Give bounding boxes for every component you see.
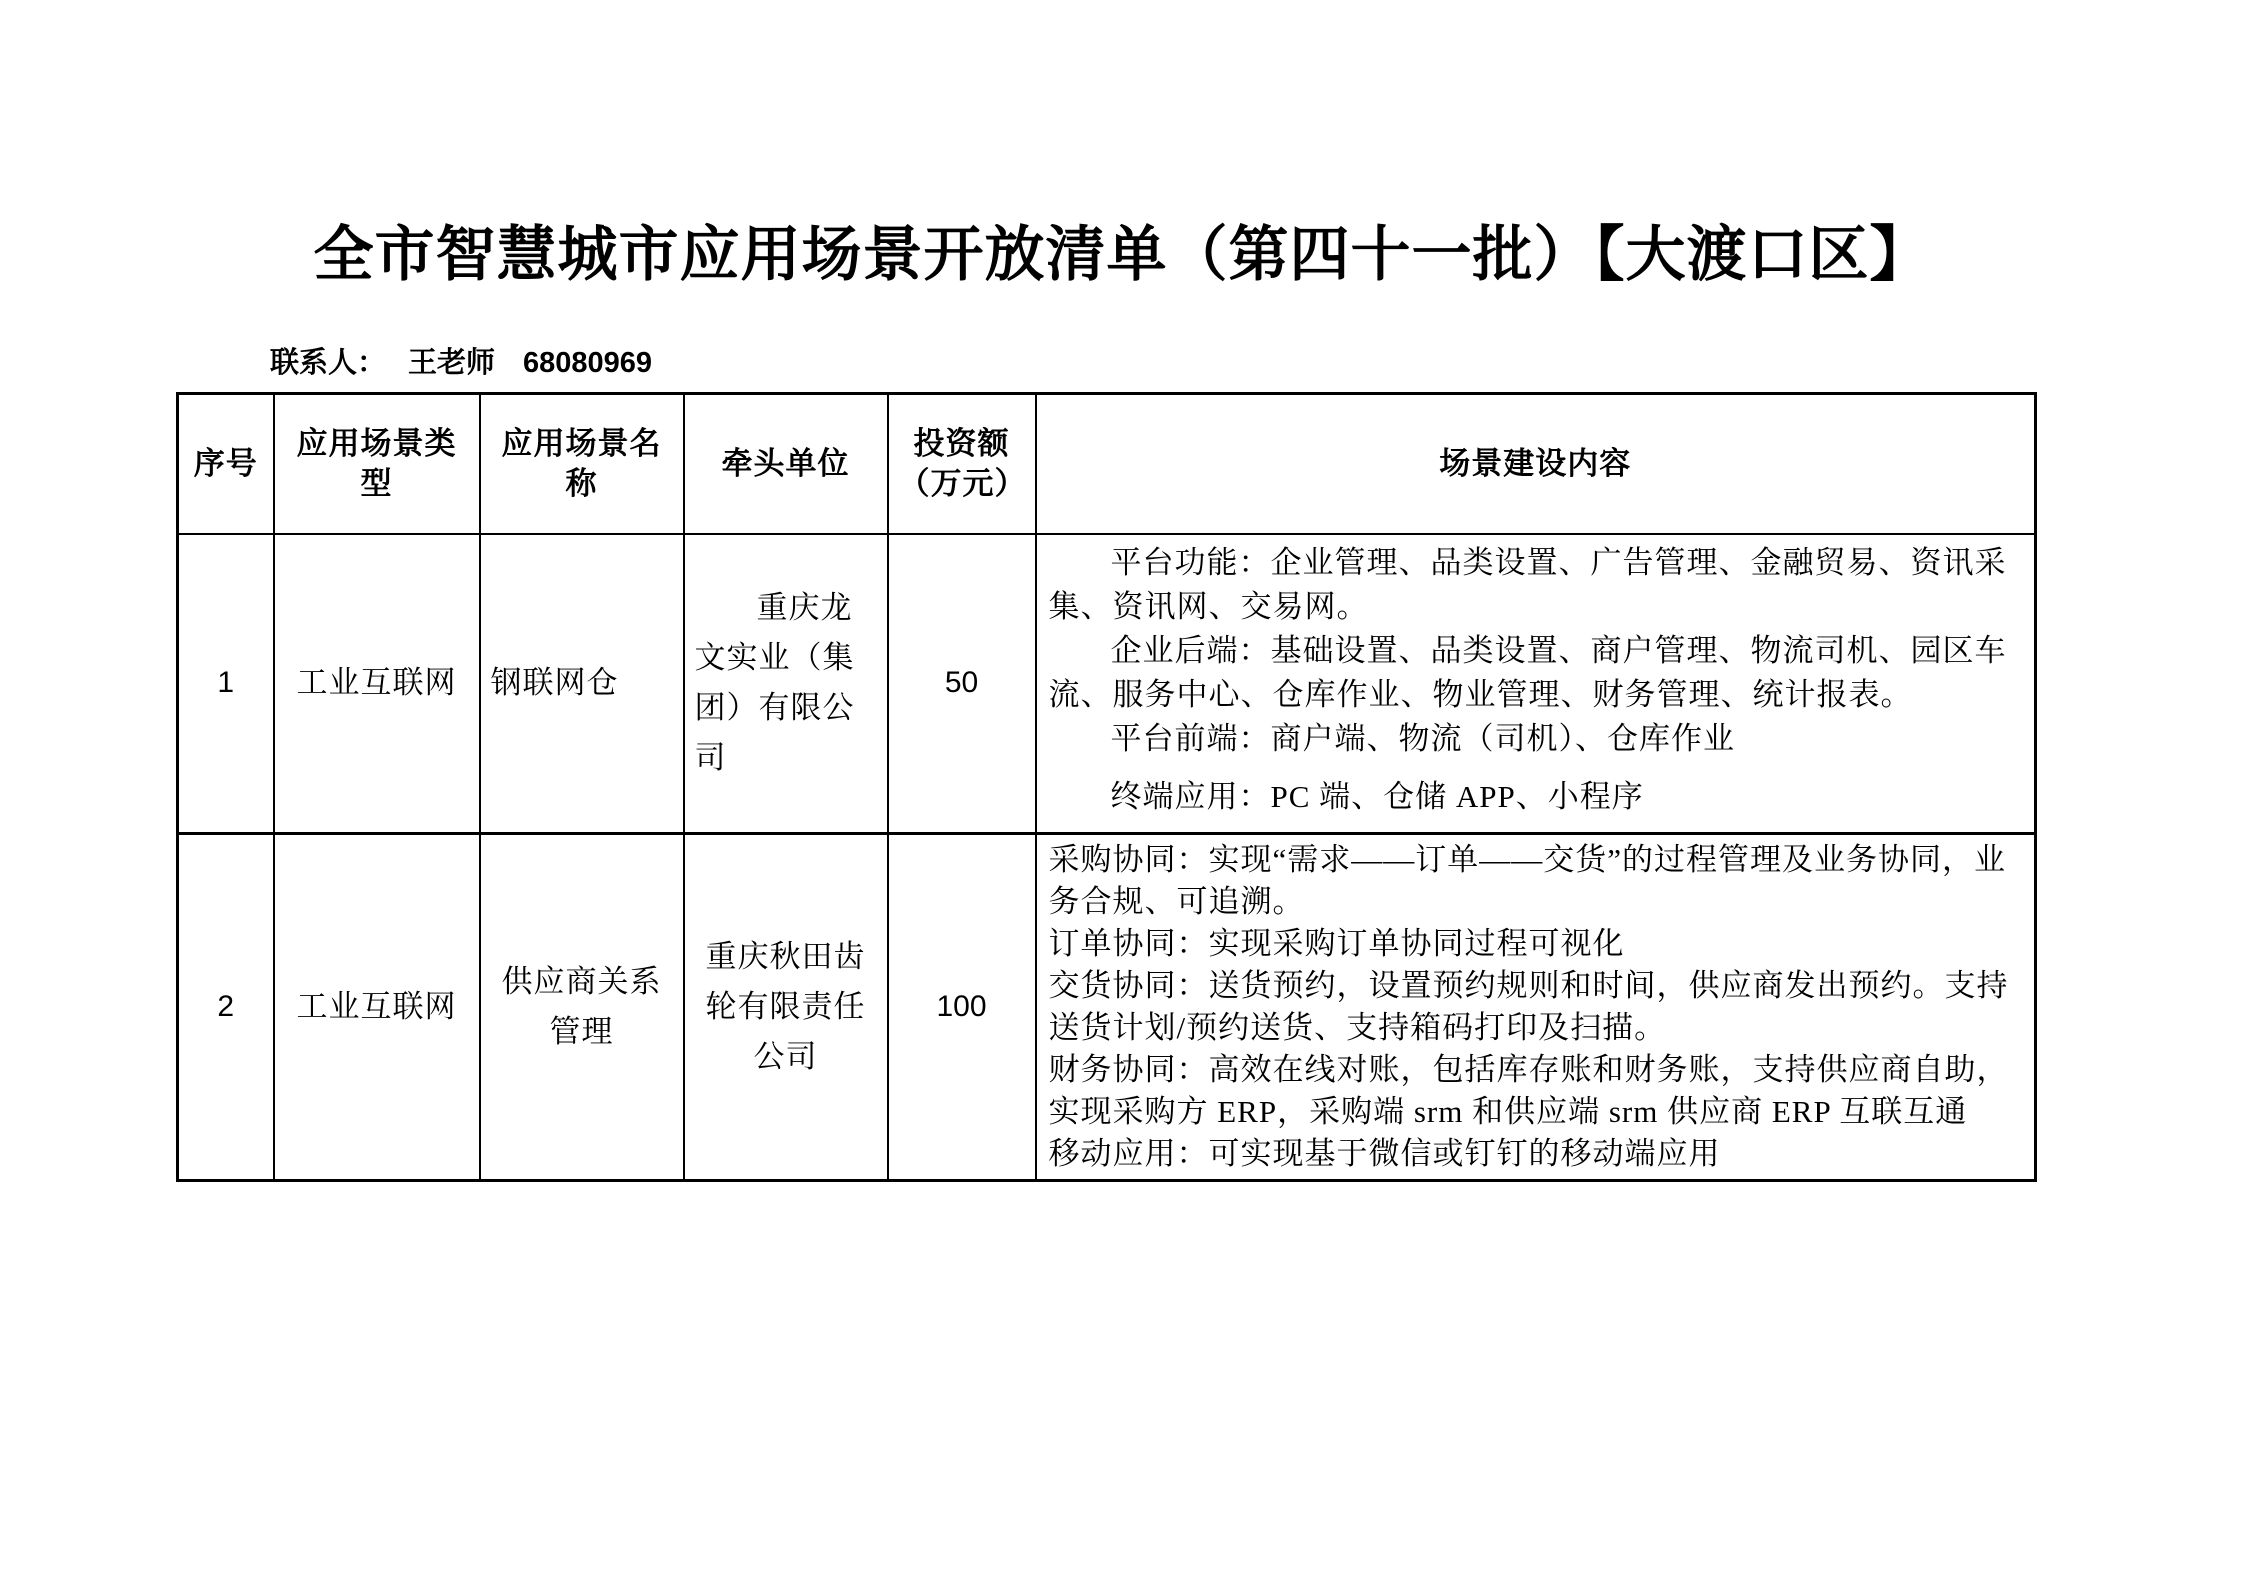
contact-name: 王老师 <box>408 347 495 379</box>
cell-investment: 100 <box>888 834 1036 1181</box>
scene-table: 序号 应用场景类型 应用场景名称 牵头单位 投资额 （万元） 场景建设内容 1 … <box>176 392 2037 1182</box>
cell-content: 采购协同：实现“需求——订单——交货”的过程管理及业务协同，业务合规、可追溯。 … <box>1036 834 2036 1181</box>
header-content: 场景建设内容 <box>1036 394 2036 534</box>
content-paragraph: 移动应用：可实现基于微信或钉钉的移动端应用 <box>1049 1133 2023 1175</box>
header-row: 序号 应用场景类型 应用场景名称 牵头单位 投资额 （万元） 场景建设内容 <box>178 394 2036 534</box>
content-paragraph: 订单协同：实现采购订单协同过程可视化 <box>1049 923 2023 965</box>
document-page: 全市智慧城市应用场景开放清单（第四十一批）【大渡口区】 联系人：王老师68080… <box>0 0 2244 1586</box>
contact-phone: 68080969 <box>523 347 652 379</box>
header-investment: 投资额 （万元） <box>888 394 1036 534</box>
cell-content: 平台功能：企业管理、品类设置、广告管理、金融贸易、资讯采集、资讯网、交易网。 企… <box>1036 534 2036 834</box>
content-paragraph: 财务协同：高效在线对账，包括库存账和财务账，支持供应商自助，实现采购方 ERP，… <box>1049 1049 2023 1133</box>
cell-lead-org: 重庆秋田齿轮有限责任公司 <box>684 834 888 1181</box>
page-title: 全市智慧城市应用场景开放清单（第四十一批）【大渡口区】 <box>0 0 2244 292</box>
table-row: 1 工业互联网 钢联网仓 重庆龙文实业（集团）有限公司 50 平台功能：企业管理… <box>178 534 2036 834</box>
header-scene-name: 应用场景名称 <box>480 394 684 534</box>
contact-line: 联系人：王老师68080969 <box>270 344 2244 382</box>
cell-scene-name: 钢联网仓 <box>480 534 684 834</box>
header-lead-org: 牵头单位 <box>684 394 888 534</box>
content-paragraph: 平台功能：企业管理、品类设置、广告管理、金融贸易、资讯采集、资讯网、交易网。 <box>1049 541 2023 629</box>
cell-investment: 50 <box>888 534 1036 834</box>
content-paragraph: 平台前端：商户端、物流（司机）、仓库作业 <box>1049 717 2023 761</box>
content-paragraph: 采购协同：实现“需求——订单——交货”的过程管理及业务协同，业务合规、可追溯。 <box>1049 839 2023 923</box>
table-row: 2 工业互联网 供应商关系管理 重庆秋田齿轮有限责任公司 100 采购协同：实现… <box>178 834 2036 1181</box>
cell-index: 2 <box>178 834 274 1181</box>
cell-index: 1 <box>178 534 274 834</box>
cell-scene-type: 工业互联网 <box>274 834 480 1181</box>
content-paragraph: 企业后端：基础设置、品类设置、商户管理、物流司机、园区车流、服务中心、仓库作业、… <box>1049 629 2023 717</box>
content-paragraph: 交货协同：送货预约，设置预约规则和时间，供应商发出预约。支持送货计划/预约送货、… <box>1049 965 2023 1049</box>
cell-lead-org: 重庆龙文实业（集团）有限公司 <box>684 534 888 834</box>
cell-scene-name: 供应商关系管理 <box>480 834 684 1181</box>
header-scene-type: 应用场景类型 <box>274 394 480 534</box>
content-paragraph: 终端应用：PC 端、仓储 APP、小程序 <box>1049 775 2023 819</box>
cell-scene-type: 工业互联网 <box>274 534 480 834</box>
header-index: 序号 <box>178 394 274 534</box>
contact-label: 联系人： <box>270 347 386 379</box>
